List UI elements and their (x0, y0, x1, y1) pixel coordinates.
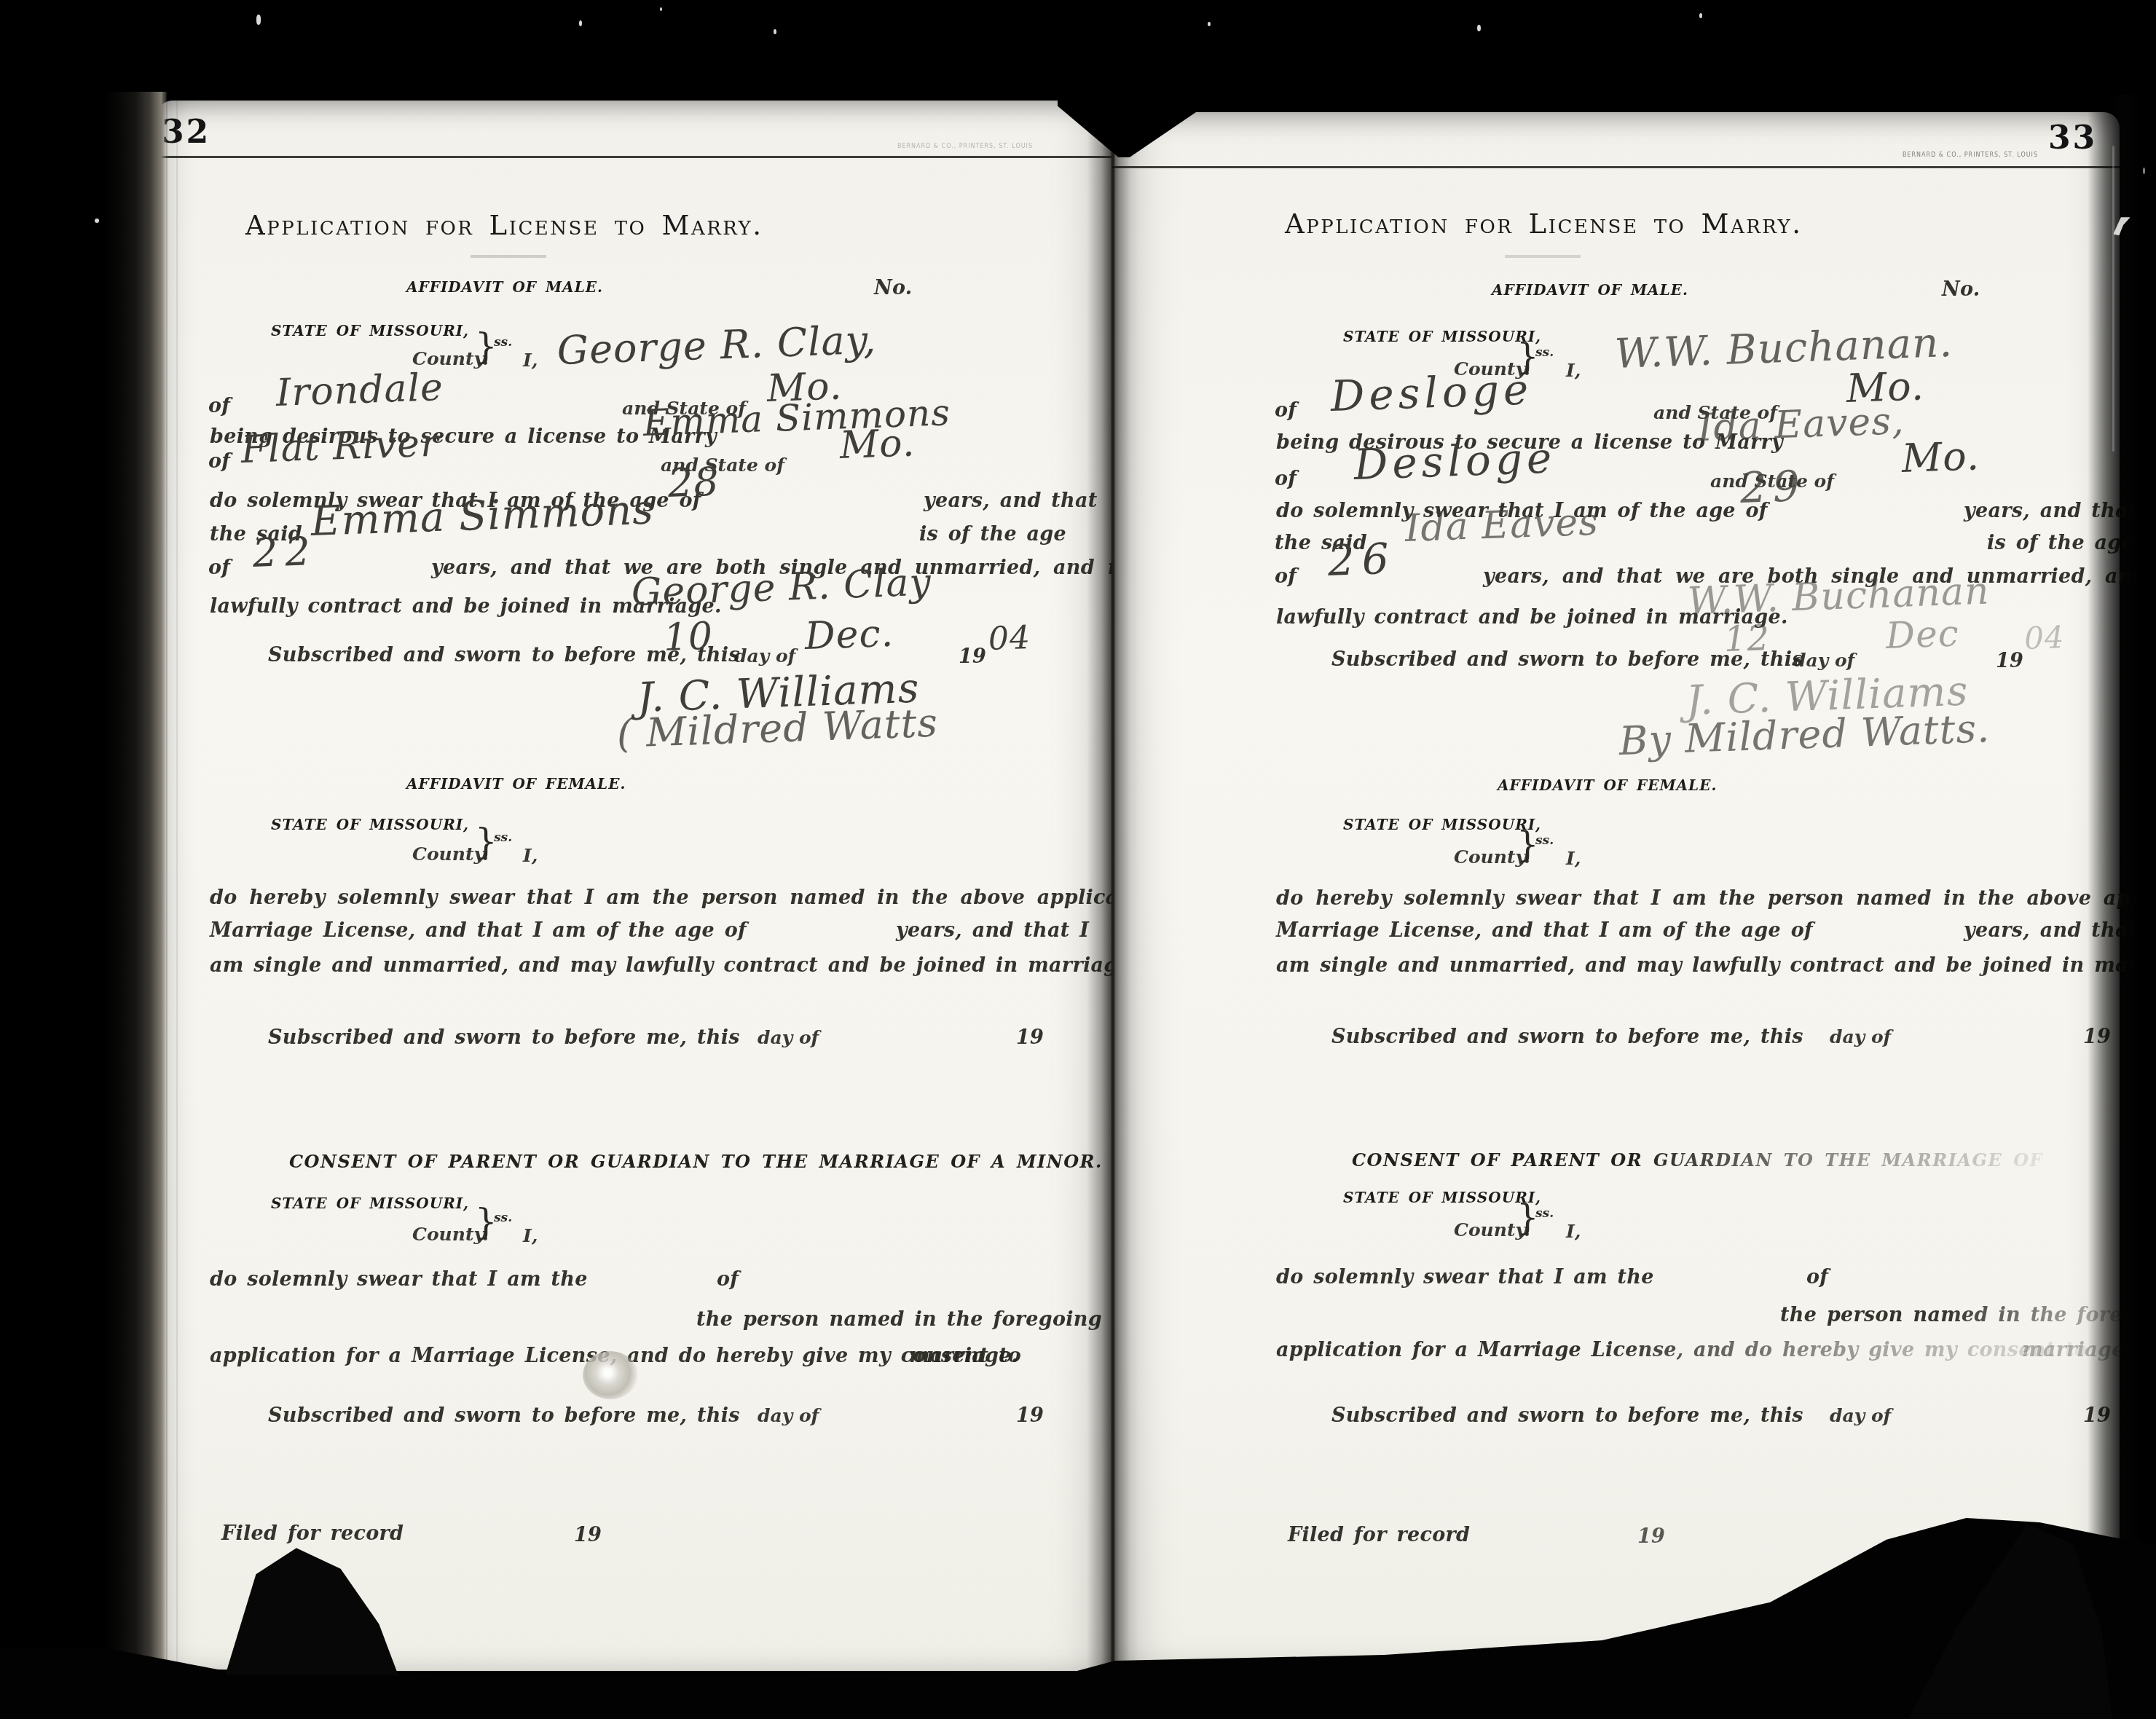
bride-name-repeat-handwriting: Ida Eaves (1404, 500, 1600, 551)
dust-speck (579, 20, 582, 26)
page-right: 33 BERNARD & CO., PRINTERS, ST. LOUIS Ap… (1112, 112, 2120, 1668)
dust-speck (774, 29, 776, 34)
bride-name-handwriting: Ida Eaves, (1697, 399, 1905, 450)
ss-label: ss. (1535, 833, 1554, 848)
sworn-day-handwriting: 12 (1723, 618, 1771, 660)
years-and-that-label: years, and that (924, 489, 1098, 512)
affidavit-female-heading: AFFIDAVIT OF FEMALE. (406, 775, 626, 792)
groom-age-handwriting: 28 (667, 459, 720, 506)
years-and-that-i-label: years, and that I (896, 919, 1089, 942)
female-swear-line1: do hereby solemnly swear that I am the p… (1276, 887, 2156, 910)
dust-speck (2143, 168, 2145, 174)
bride-city-handwriting: Desloge (1353, 433, 1557, 489)
deputy-signature-handwriting: By Mildred Watts. (1618, 705, 1991, 764)
no-label: No. (874, 277, 913, 299)
form-title: Application for License to Marry. (1285, 208, 1795, 240)
of-label: of (208, 556, 230, 579)
year-19-label: 19 (2083, 1026, 2111, 1048)
affidavit-female-heading: AFFIDAVIT OF FEMALE. (1498, 776, 1717, 794)
title-underline (471, 255, 546, 258)
year-19-label: 19 (1996, 650, 2023, 672)
filed-for-record-label: Filed for record (221, 1522, 404, 1545)
i-label: I, (523, 845, 538, 866)
affidavit-male-heading: AFFIDAVIT OF MALE. (1492, 281, 1688, 299)
sworn-month-handwriting: Dec. (804, 612, 894, 658)
is-of-the-age-label: is of the age (919, 523, 1066, 546)
i-label: I, (1566, 848, 1581, 869)
year-19-label: 19 (1637, 1525, 1665, 1548)
ink-smudge (583, 1351, 638, 1399)
ss-label: ss. (494, 1211, 512, 1225)
bride-age-handwriting: 26 (1327, 534, 1397, 586)
filed-for-record-label: Filed for record (1288, 1524, 1470, 1546)
day-of-label: day of (734, 645, 795, 666)
bride-city-handwriting: Flat River (240, 422, 440, 472)
scanned-marriage-record-spread: 32 BERNARD & CO., PRINTERS, ST. LOUIS Ap… (0, 0, 2156, 1719)
of-label: of (208, 450, 230, 473)
state-of-missouri: STATE OF MISSOURI, (271, 322, 469, 339)
sworn-year-handwriting: 04 (988, 619, 1031, 658)
sworn-month-handwriting: Dec (1885, 613, 1960, 657)
state-of-missouri: STATE OF MISSOURI, (271, 1195, 469, 1212)
i-label: I, (523, 1225, 538, 1246)
state-of-missouri: STATE OF MISSOURI, (271, 816, 469, 833)
header-rule (1112, 166, 2120, 168)
state-of-missouri: STATE OF MISSOURI, (1343, 816, 1541, 833)
page-number: 32 (162, 114, 211, 151)
state-of-missouri: STATE OF MISSOURI, (1343, 328, 1541, 345)
of-label: of (1275, 468, 1297, 490)
years-and-that-label: years, and that (1964, 500, 2138, 522)
marriage-label: marriage. (909, 1345, 1018, 1367)
ss-label: ss. (494, 335, 512, 350)
page-number: 33 (2048, 119, 2097, 157)
ss-label: ss. (494, 830, 512, 845)
consent-heading: CONSENT OF PARENT OR GUARDIAN TO THE MAR… (1352, 1149, 2051, 1171)
of-label: of (208, 395, 230, 417)
affidavit-male-heading: AFFIDAVIT OF MALE. (406, 278, 603, 296)
consent-of-label: of (717, 1268, 739, 1291)
female-swear-line1: do hereby solemnly swear that I am the p… (210, 886, 1233, 909)
page-crease (176, 101, 178, 1671)
consent-heading: CONSENT OF PARENT OR GUARDIAN TO THE MAR… (289, 1151, 974, 1172)
dust-speck (1699, 13, 1702, 18)
subscribed-label: Subscribed and sworn to before me, this (1331, 1404, 1803, 1427)
groom-city-handwriting: Irondale (275, 366, 444, 415)
day-of-label: day of (1830, 1026, 1891, 1047)
bride-state-handwriting: Mo. (839, 421, 916, 468)
ss-label: ss. (1535, 1206, 1554, 1221)
consent-line1: do solemnly swear that I am the (1276, 1266, 1654, 1289)
female-swear-line2: Marriage License, and that I am of the a… (1276, 919, 1813, 942)
sworn-day-handwriting: 10 (663, 615, 714, 660)
consent-line1: do solemnly swear that I am the (210, 1268, 588, 1291)
day-of-label: day of (1830, 1405, 1891, 1426)
year-19-label: 19 (1016, 1404, 1044, 1427)
of-label: of (1275, 565, 1297, 588)
i-label: I, (523, 350, 538, 371)
dust-speck (256, 15, 261, 25)
page-left: 32 BERNARD & CO., PRINTERS, ST. LOUIS Ap… (154, 101, 1113, 1671)
dust-speck (1477, 25, 1481, 31)
sworn-year-handwriting: 04 (2023, 619, 2065, 656)
year-19-label: 19 (574, 1524, 602, 1546)
female-swear-line3: am single and unmarried, and may lawfull… (210, 954, 1138, 977)
printers-mark: BERNARD & CO., PRINTERS, ST. LOUIS (897, 143, 1033, 149)
ss-label: ss. (1535, 345, 1554, 360)
day-of-label: day of (758, 1405, 819, 1426)
consent-line2: the person named in the foregoing (1780, 1304, 2156, 1326)
header-rule (154, 156, 1113, 158)
dust-speck (95, 219, 99, 223)
printers-mark: BERNARD & CO., PRINTERS, ST. LOUIS (1903, 152, 2038, 158)
year-19-label: 19 (959, 645, 986, 668)
groom-city-handwriting: Desloge (1330, 364, 1534, 421)
consent-of-label: of (1806, 1266, 1828, 1289)
is-of-the-age-label: is of the age (1987, 532, 2134, 554)
years-and-that-i-label: years, and that I (1964, 919, 2156, 942)
consent-line2: the person named in the foregoing (696, 1308, 1102, 1331)
dust-speck (1208, 22, 1211, 26)
bride-state-handwriting: Mo. (1901, 433, 1980, 481)
subscribed-label: Subscribed and sworn to before me, this (1331, 1026, 1803, 1048)
title-underline (1505, 255, 1581, 258)
subscribed-label: Subscribed and sworn to before me, this (268, 1026, 740, 1049)
year-19-label: 19 (2083, 1404, 2111, 1427)
day-of-label: day of (758, 1027, 819, 1048)
female-swear-line2: Marriage License, and that I am of the a… (210, 919, 747, 942)
i-label: I, (1566, 360, 1581, 381)
no-label: No. (1942, 278, 1980, 301)
state-of-missouri: STATE OF MISSOURI, (1343, 1189, 1541, 1206)
subscribed-label: Subscribed and sworn to before me, this (268, 1404, 740, 1427)
form-title: Application for License to Marry. (245, 210, 763, 241)
marriage-label: marriage. (2022, 1339, 2131, 1361)
year-19-label: 19 (1016, 1026, 1044, 1049)
bride-age-handwriting: 22 (252, 528, 318, 576)
female-swear-line3: am single and unmarried, and may lawfull… (1276, 954, 2156, 977)
i-label: I, (1566, 1221, 1581, 1242)
page-crease (166, 101, 168, 1671)
groom-age-handwriting: 29 (1739, 461, 1806, 513)
of-label: of (1275, 399, 1297, 422)
day-of-label: day of (1793, 650, 1854, 671)
consent-line3: application for a Marriage License, and … (1276, 1339, 2088, 1361)
dust-speck (660, 7, 662, 11)
